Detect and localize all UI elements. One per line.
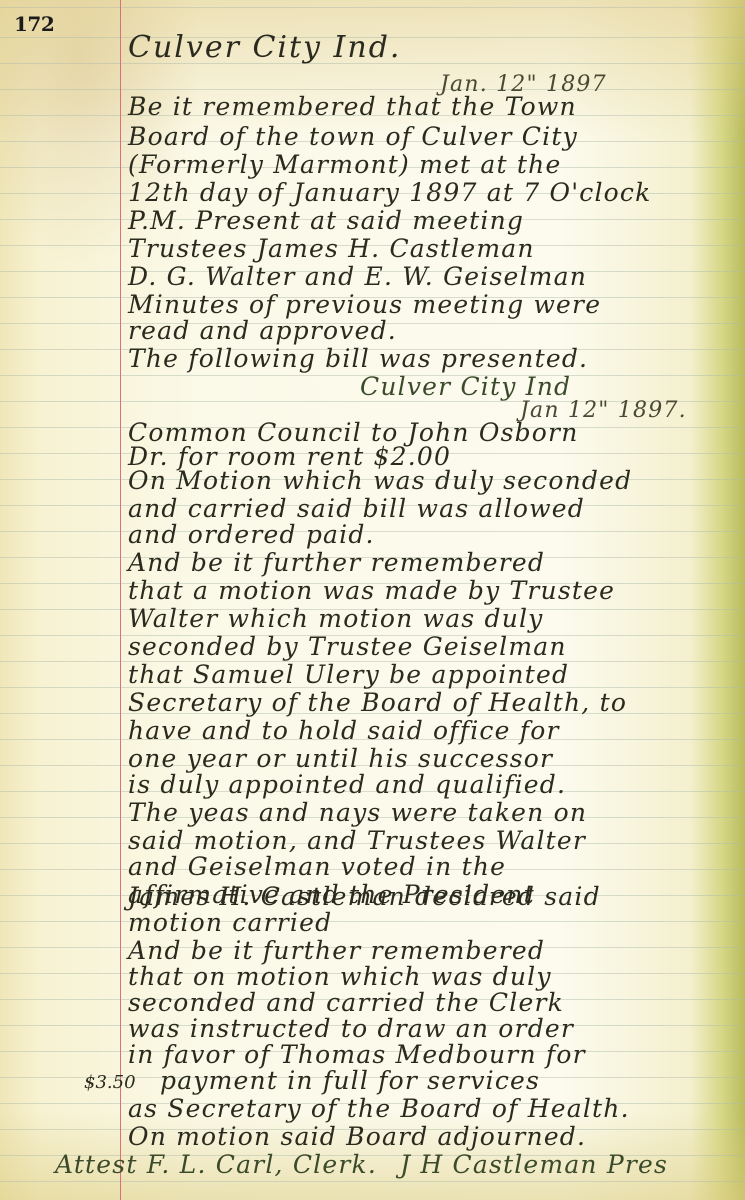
text-line: (Formerly Marmont) met at the xyxy=(128,150,561,179)
text-line: Trustees James H. Castleman xyxy=(128,234,535,263)
text-line-adjourned: On motion said Board adjourned. xyxy=(128,1122,586,1151)
signature-attest: Attest F. L. Carl, Clerk. xyxy=(55,1150,377,1179)
text-line: Secretary of the Board of Health, to xyxy=(128,688,627,717)
text-line: Board of the town of Culver City xyxy=(128,122,578,151)
text-line: is duly appointed and qualified. xyxy=(128,770,566,799)
text-line: that Samuel Ulery be appointed xyxy=(128,660,569,689)
text-line: On Motion which was duly seconded xyxy=(128,466,632,495)
text-line: seconded by Trustee Geiselman xyxy=(128,632,567,661)
text-line: and ordered paid. xyxy=(128,520,375,549)
text-line: said motion, and Trustees Walter xyxy=(128,826,586,855)
text-line: Walter which motion was duly xyxy=(128,604,544,633)
text-line: read and approved. xyxy=(128,316,397,345)
text-line: and Geiselman voted in the xyxy=(128,852,506,881)
text-line: motion carried xyxy=(128,908,332,937)
text-line: The following bill was presented. xyxy=(128,344,588,373)
page-number: 172 xyxy=(14,12,54,36)
text-line: that on motion which was duly xyxy=(128,962,552,991)
text-line: James H. Castleman declared said xyxy=(128,882,601,911)
text-line: And be it further remembered xyxy=(128,548,545,577)
text-line: was instructed to draw an order xyxy=(128,1014,574,1043)
heading-place: Culver City Ind. xyxy=(128,30,401,65)
text-line: that a motion was made by Trustee xyxy=(128,576,615,605)
bill-place: Culver City Ind xyxy=(360,372,571,401)
ledger-page: 172 Culver City Ind. Jan. 12" 1897 Be it… xyxy=(0,0,745,1200)
text-line: D. G. Walter and E. W. Geiselman xyxy=(128,262,587,291)
text-line: seconded and carried the Clerk xyxy=(128,988,564,1017)
text-line: one year or until his successor xyxy=(128,744,553,773)
signature-president: J H Castleman Pres xyxy=(400,1150,668,1179)
text-line: payment in full for services xyxy=(160,1066,540,1095)
text-line: and carried said bill was allowed xyxy=(128,494,585,523)
red-margin-line xyxy=(120,0,121,1200)
text-line: The yeas and nays were taken on xyxy=(128,798,587,827)
margin-amount: $3.50 xyxy=(84,1072,136,1093)
text-line: And be it further remembered xyxy=(128,936,545,965)
text-line: Minutes of previous meeting were xyxy=(128,290,601,319)
text-line: as Secretary of the Board of Health. xyxy=(128,1094,630,1123)
text-line: 12th day of January 1897 at 7 O'clock xyxy=(128,178,651,207)
text-line: in favor of Thomas Medbourn for xyxy=(128,1040,586,1069)
text-line: P.M. Present at said meeting xyxy=(128,206,524,235)
text-line: have and to hold said office for xyxy=(128,716,560,745)
text-line: Be it remembered that the Town xyxy=(128,92,577,121)
